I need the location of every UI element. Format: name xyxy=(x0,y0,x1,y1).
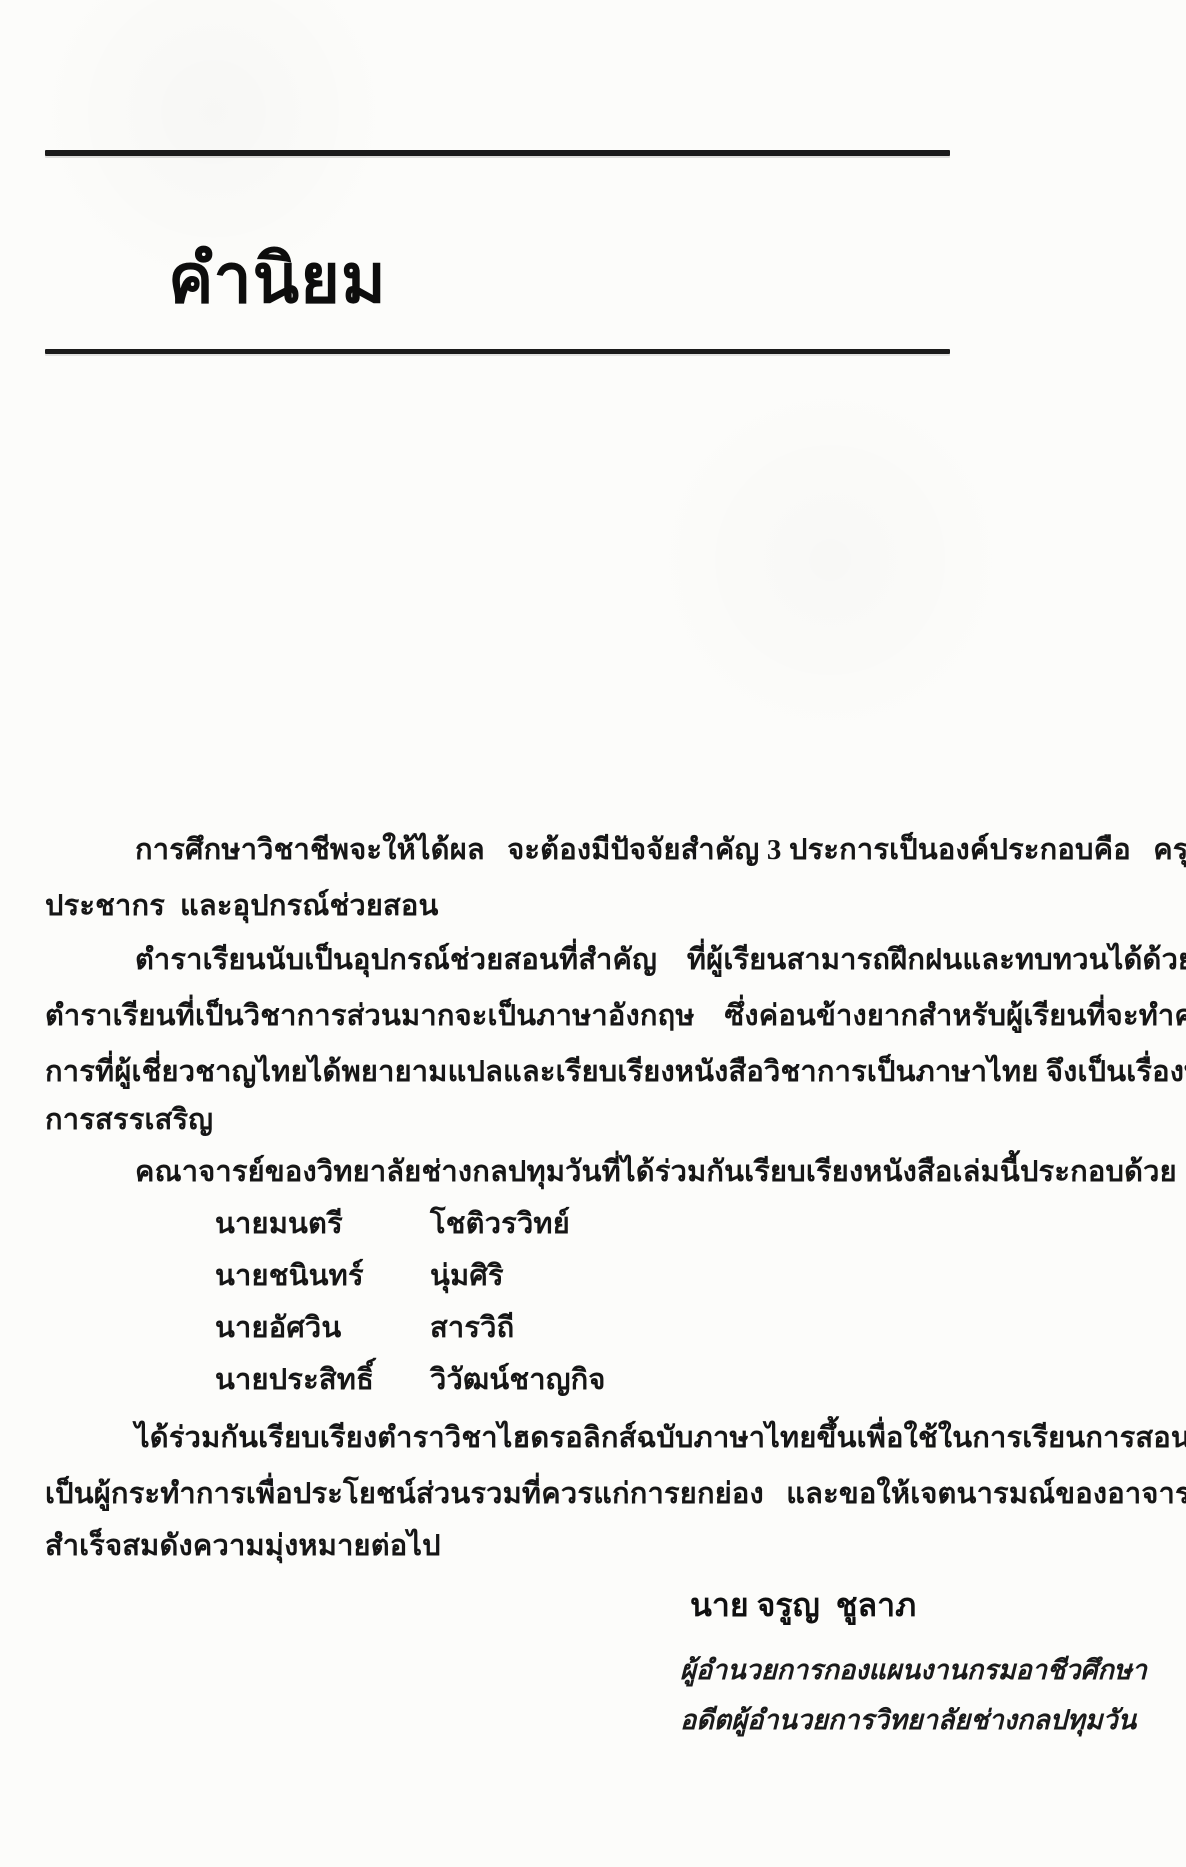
top-divider-rule xyxy=(45,150,950,156)
author-last-name: นุ่มศิริ xyxy=(430,1252,504,1298)
author-last-name: สารวิถี xyxy=(430,1304,514,1350)
signature-role-line1: ผู้อำนวยการกองแผนงานกรมอาชีวศึกษา xyxy=(680,1648,1147,1691)
paragraph2-line2: ตำราเรียนที่เป็นวิชาการส่วนมากจะเป็นภาษา… xyxy=(45,992,1186,1038)
paragraph4-line1: ได้ร่วมกันเรียบเรียงตำราวิชาไฮดรอลิกส์ฉบ… xyxy=(135,1414,1186,1460)
author-last-name: โชติวรวิทย์ xyxy=(430,1200,570,1246)
signature-name: นาย จรูญ ชูลาภ xyxy=(690,1580,916,1631)
author-first-name: นายชนินทร์ xyxy=(215,1252,415,1298)
author-last-name: วิวัฒน์ชาญกิจ xyxy=(430,1356,606,1402)
page-title: คำนิยม xyxy=(168,224,387,332)
paragraph4-line3: สำเร็จสมดังความมุ่งหมายต่อไป xyxy=(45,1522,441,1568)
paragraph1-line2: ประชากร และอุปกรณ์ช่วยสอน xyxy=(45,882,439,928)
author-first-name: นายอัศวิน xyxy=(215,1304,415,1350)
document-page: คำนิยม การศึกษาวิชาชีพจะให้ได้ผล จะต้องม… xyxy=(0,0,1186,1867)
signature-role-line2: อดีตผู้อำนวยการวิทยาลัยช่างกลปทุมวัน xyxy=(680,1698,1136,1741)
author-first-name: นายมนตรี xyxy=(215,1200,415,1246)
bottom-divider-rule xyxy=(45,349,950,354)
paragraph2-line1: ตำราเรียนนับเป็นอุปกรณ์ช่วยสอนที่สำคัญ ท… xyxy=(135,936,1186,982)
paragraph2-line3: การที่ผู้เชี่ยวชาญไทยได้พยายามแปลและเรีย… xyxy=(45,1048,1186,1094)
paragraph3-line1: คณาจารย์ของวิทยาลัยช่างกลปทุมวันที่ได้ร่… xyxy=(135,1148,1177,1194)
paragraph2-line4: การสรรเสริญ xyxy=(45,1096,213,1142)
paragraph4-line2: เป็นผู้กระทำการเพื่อประโยชน์ส่วนรวมที่คว… xyxy=(45,1470,1186,1516)
author-first-name: นายประสิทธิ์ xyxy=(215,1356,415,1402)
paragraph1-line1: การศึกษาวิชาชีพจะให้ได้ผล จะต้องมีปัจจัย… xyxy=(135,826,1186,872)
